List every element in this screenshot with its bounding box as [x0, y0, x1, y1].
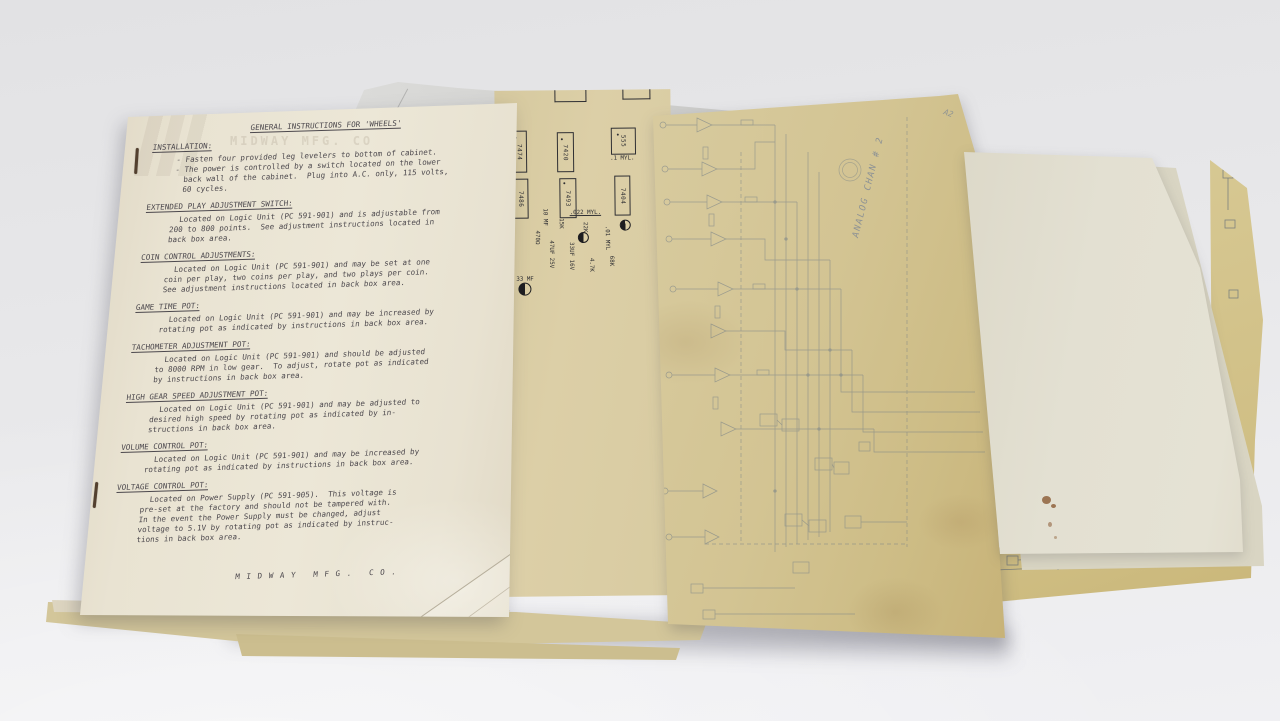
section-voltage: VOLTAGE CONTROL POT: Located on Power Su…: [111, 466, 468, 547]
corner-note: A2: [941, 107, 954, 119]
company-name: M I D W A Y M F G . C O .: [235, 566, 458, 583]
component-label: 33UF 16V: [568, 242, 574, 270]
inspection-stamp-icon: [839, 159, 861, 181]
ghost-bleed-through: MIDWAY MFG. CO: [142, 108, 382, 186]
signal-routing: [703, 120, 874, 429]
ic-7486: 7486: [512, 179, 528, 219]
manual-text-block: GENERAL INSTRUCTIONS FOR 'WHEELS' INSTAL…: [107, 116, 505, 587]
gate-boxes: [691, 414, 907, 619]
schematic-drawing: ANALOG CHAN # 2 A2: [645, 92, 1011, 648]
junction-dots: [774, 201, 843, 493]
solder-dot: [561, 138, 563, 140]
solder-dot: [617, 134, 619, 136]
section-body: Located on Logic Unit (PC 591-901) and m…: [158, 306, 485, 336]
schematic-sheet: ANALOG CHAN # 2 A2: [645, 92, 1011, 648]
ic-label: 7474: [515, 143, 522, 160]
component-label: .1 MYL.: [610, 155, 634, 161]
ic-outline-partial: [622, 89, 650, 99]
section-volume: VOLUME CONTROL POT: Located on Logic Uni…: [118, 426, 472, 477]
ic-label: 555: [620, 135, 627, 147]
paper-crease: [385, 89, 408, 132]
section-heading: VOLUME CONTROL POT:: [121, 440, 209, 453]
transistor-pad: [620, 220, 631, 231]
section-body: - Fasten four provided leg levelers to b…: [173, 146, 502, 196]
ic-label: 7493: [564, 190, 571, 207]
component-label: 68K: [608, 256, 614, 267]
ic-outline-partial: [554, 90, 586, 102]
section-body: Located on Logic Unit (PC 591-901) and s…: [153, 346, 481, 386]
section-heading: INSTALLATION:: [152, 141, 212, 153]
section-heading: EXTENDED PLAY ADJUSTMENT SWITCH:: [146, 199, 293, 213]
section-body: Located on Logic Unit (PC 591-901) and m…: [143, 446, 470, 476]
component-label: .01 MYL: [604, 226, 610, 250]
section-heading: COIN CONTROL ADJUSTMENTS:: [141, 250, 256, 263]
dashed-boundary: [705, 117, 907, 547]
section-body: Located on Logic Unit (PC 591-901) and m…: [162, 256, 490, 296]
section-game-time: GAME TIME POT: Located on Logic Unit (PC…: [133, 286, 487, 337]
midway-logo-ghost-icon: [134, 112, 228, 176]
handwritten-label: ANALOG CHAN # 2: [851, 136, 886, 240]
ic-label: 7486: [517, 190, 524, 207]
component-label: 22K: [582, 222, 588, 233]
section-body: Located on Logic Unit (PC 591-901) and m…: [147, 396, 475, 436]
section-extended-play: EXTENDED PLAY ADJUSTMENT SWITCH: Located…: [142, 186, 497, 247]
component-label: 15K: [558, 218, 564, 229]
section-heading: GAME TIME POT:: [135, 301, 200, 313]
component-label: 47UF 25V: [548, 240, 554, 268]
bus-lines: [775, 125, 985, 552]
instruction-manual-page: MIDWAY MFG. CO GENERAL INSTRUCTIONS FOR …: [80, 96, 520, 623]
section-heading: HIGH GEAR SPEED ADJUSTMENT POT:: [126, 389, 269, 403]
section-body: Located on Power Supply (PC 591-905). Th…: [136, 486, 466, 546]
pcb-layout-sheet: 7474 7486 7420 7493 555 7404 .1 MYL. .02…: [494, 89, 675, 597]
section-heading: VOLTAGE CONTROL POT:: [116, 480, 208, 493]
section-coin-control: COIN CONTROL ADJUSTMENTS: Located on Log…: [137, 236, 492, 297]
component-label: 470Ω: [534, 230, 540, 244]
component-label: .022 MYL.: [570, 210, 601, 216]
section-body: Located on Logic Unit (PC 591-901) and i…: [167, 206, 495, 246]
transistor-pad: [518, 283, 531, 296]
solder-dot: [515, 137, 517, 139]
ghost-text: MIDWAY MFG. CO: [230, 134, 373, 148]
section-heading: TACHOMETER ADJUSTMENT POT:: [131, 339, 251, 353]
staple-icon: [93, 482, 99, 508]
staple-icon: [134, 148, 139, 174]
ic-7404: 7404: [614, 176, 630, 216]
section-high-gear: HIGH GEAR SPEED ADJUSTMENT POT: Located …: [122, 376, 477, 437]
photo-of-documents: 7474 7486 7420 7493 555 7404 .1 MYL. .02…: [0, 0, 1280, 721]
section-installation: INSTALLATION: - Fasten four provided leg…: [148, 126, 504, 197]
op-amp-column: [697, 118, 736, 544]
ic-555: 555: [611, 127, 636, 154]
component-label: 10 MF: [542, 208, 548, 226]
transistor-pad: [578, 232, 589, 243]
ic-label: 7420: [562, 144, 569, 161]
section-tachometer: TACHOMETER ADJUSTMENT POT: Located on Lo…: [128, 326, 483, 387]
ic-7474: 7474: [511, 131, 527, 173]
ic-label: 7404: [619, 187, 626, 204]
component-label: 4.7K: [588, 258, 594, 272]
solder-dot: [563, 182, 565, 184]
ic-7420: 7420: [557, 132, 574, 172]
